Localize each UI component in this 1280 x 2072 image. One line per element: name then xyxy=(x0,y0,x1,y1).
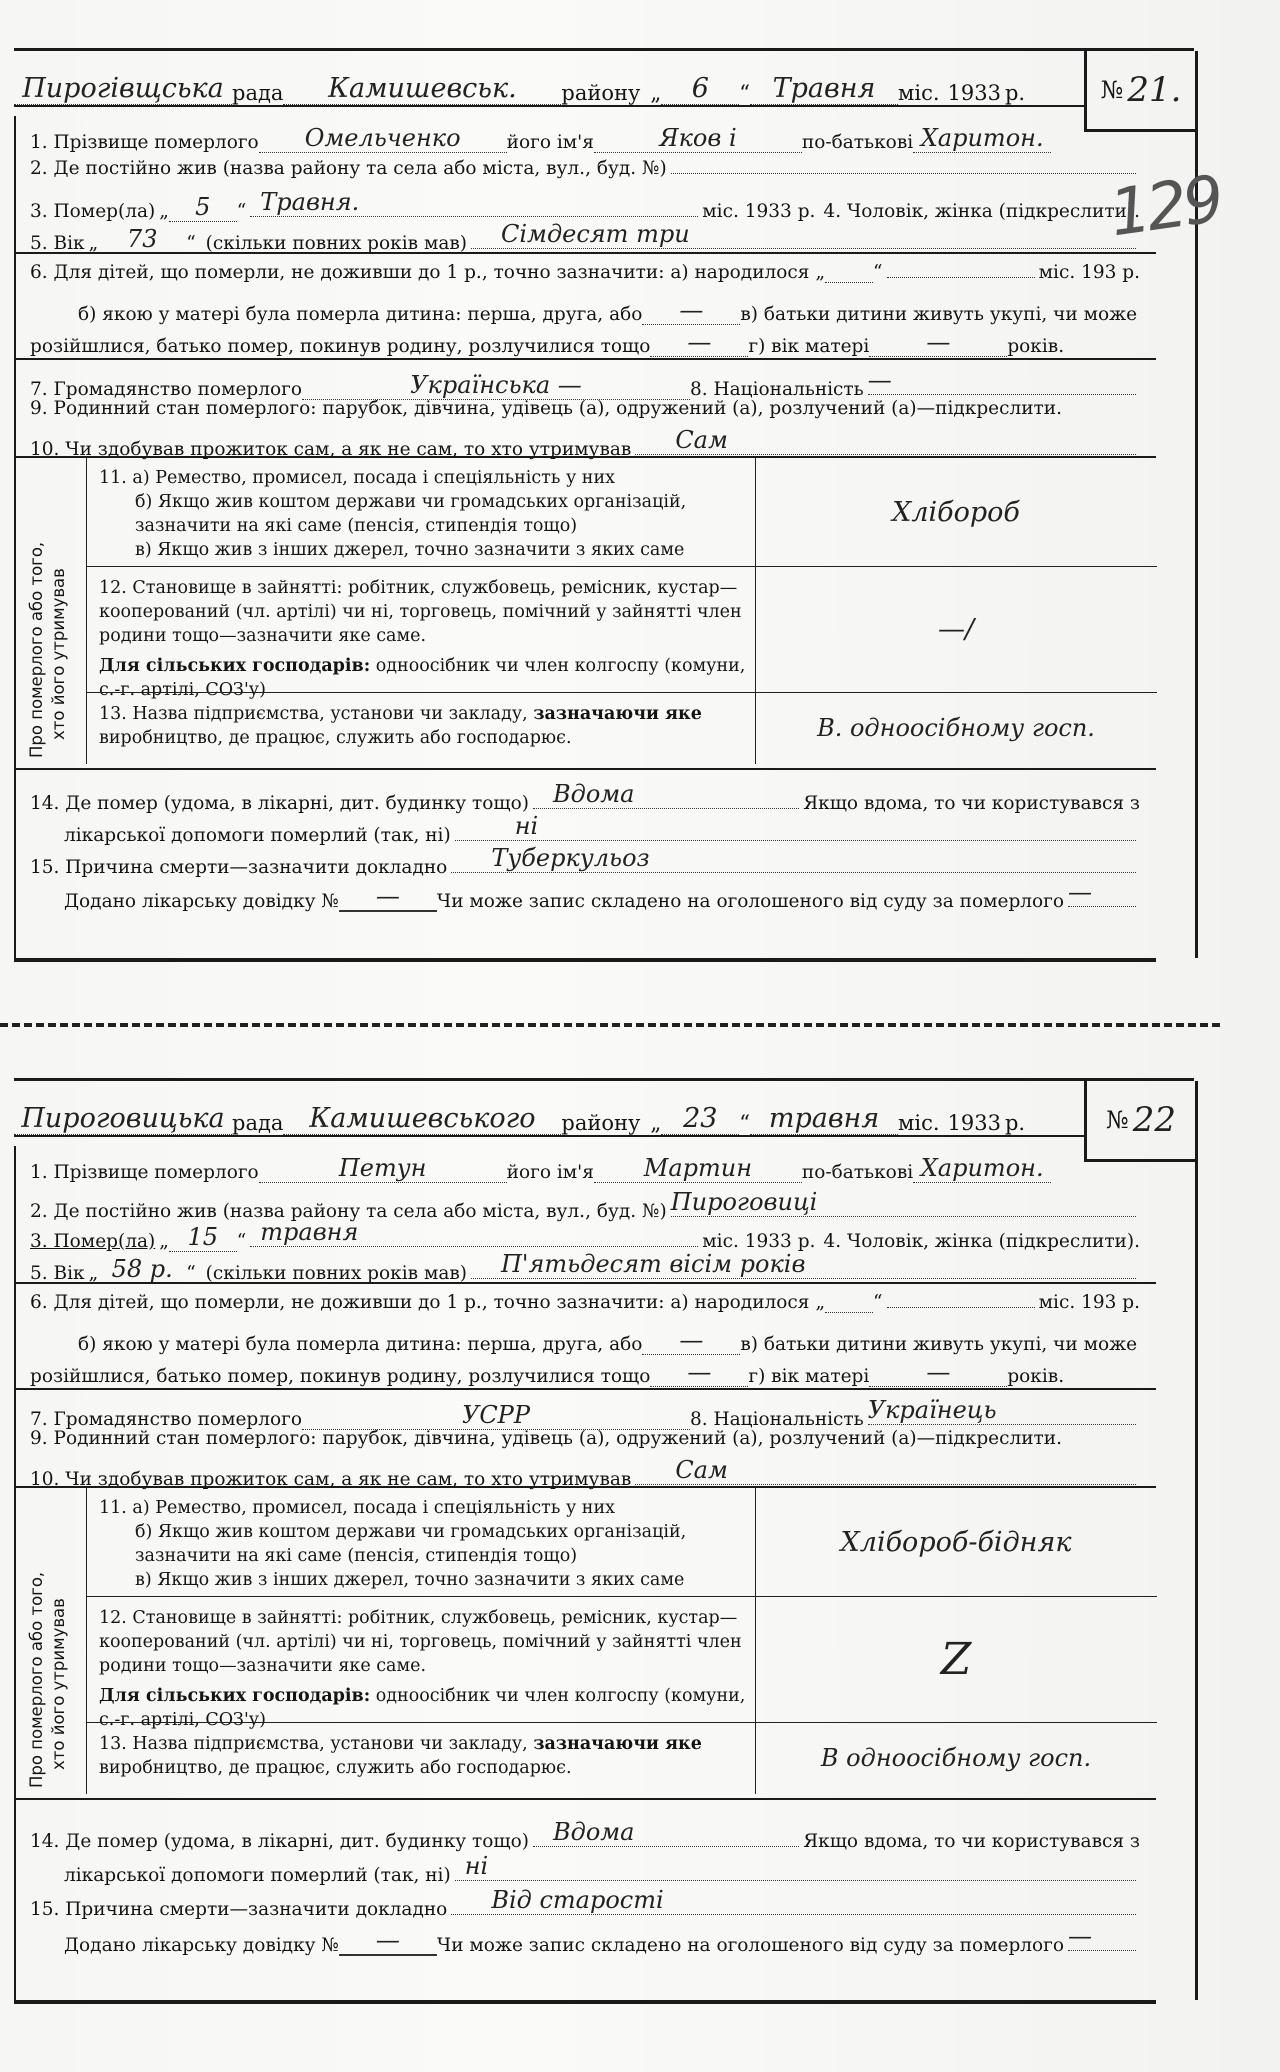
field-12-text: 12. Становище в зайнятті: робітник, служ… xyxy=(87,1606,765,1732)
district-label: району xyxy=(561,81,640,105)
occupation-cell: Хлібороб xyxy=(755,458,1156,566)
record-number: 21. xyxy=(1127,70,1181,110)
field-6a: 6. Для дітей, що померли, не доживши до … xyxy=(30,262,1140,283)
record-date-month: Травня xyxy=(750,73,898,105)
header-line: Пироговицька рада Камишевського району „… xyxy=(14,1095,1084,1137)
field-10-support: 10. Чи здобував прожиток сам, а як не са… xyxy=(30,1456,1140,1490)
court-value: — xyxy=(1068,878,1136,907)
medical-help-value: ні xyxy=(455,1852,1136,1881)
record-date-month: травня xyxy=(750,1103,898,1135)
year-suffix: р. xyxy=(1005,81,1025,105)
divider xyxy=(16,358,1156,360)
record-date-day: 6 xyxy=(661,73,739,105)
field-15-cause: 15. Причина смерти—зазначити докладно Ві… xyxy=(30,1886,1140,1920)
enterprise-value: В. одноосібному госп. xyxy=(817,714,1095,742)
number-label: № xyxy=(1101,76,1124,104)
district-value: Камишевського xyxy=(283,1103,561,1135)
employment-value: —/ xyxy=(938,614,974,645)
age-value: 58 р. xyxy=(98,1255,186,1284)
first-name-value: Яков і xyxy=(594,124,802,153)
field-14-medical: лікарської допомоги померлий (так, ні) н… xyxy=(30,1852,1140,1886)
field-11-text: 11. а) Ремество, промисел, посада і спец… xyxy=(87,466,765,562)
field-1-name: 1. Прізвище померлого Омельченко його ім… xyxy=(30,124,1100,153)
divider xyxy=(16,768,1156,770)
divider xyxy=(16,1388,1156,1390)
surname-value: Омельченко xyxy=(259,124,507,153)
field-10-support: 10. Чи здобував прожиток сам, а як не са… xyxy=(30,426,1140,460)
field-3-death-date: 3. Помер(ла) „ 15 “ травня міс. 1933 р. … xyxy=(30,1218,1140,1252)
margin-stamp-number: 129 xyxy=(1105,163,1224,252)
nationality-value: Українець xyxy=(868,1396,1136,1425)
patronymic-value: Харитон. xyxy=(913,124,1051,153)
certificate-value: — xyxy=(339,1926,437,1956)
certificate-line: Додано лікарську довідку № — Чи може зап… xyxy=(30,1922,1140,1956)
field-1-name: 1. Прізвище померлого Петун його ім'я Ма… xyxy=(30,1154,1100,1183)
occupation-cell: Хлібороб-бідняк xyxy=(755,1488,1156,1596)
field-6a: 6. Для дітей, що померли, не доживши до … xyxy=(30,1292,1140,1313)
court-value: — xyxy=(1068,1922,1136,1951)
record-date-day: 23 xyxy=(661,1103,739,1135)
death-record-22: Пироговицька рада Камишевського району „… xyxy=(14,1078,1194,2000)
divider xyxy=(16,1282,1156,1284)
record-body: 1. Прізвище померлого Омельченко його ім… xyxy=(14,116,1156,962)
death-day-value: 15 xyxy=(169,1223,237,1252)
record-body: 1. Прізвище померлого Петун його ім'я Ма… xyxy=(14,1146,1156,2004)
field-6b: б) якою у матері була померла дитина: пе… xyxy=(30,1326,1150,1355)
field-15-cause: 15. Причина смерти—зазначити докладно Ту… xyxy=(30,844,1140,878)
header-line: Пирогівщська рада Камишевськ. району „ 6… xyxy=(14,65,1084,107)
side-label: Про померлого або того, хто його утримув… xyxy=(26,698,70,758)
right-margin-column xyxy=(1153,126,1198,958)
field-5-age: 5. Вік „ 73 “ (скільки повних років мав)… xyxy=(30,220,1140,254)
death-day-value: 5 xyxy=(169,193,237,222)
field-14-place: 14. Де помер (удома, в лікарні, дит. буд… xyxy=(30,1818,1140,1852)
place-of-death-value: Вдома xyxy=(533,1818,799,1847)
enterprise-value: В одноосібному госп. xyxy=(821,1744,1091,1772)
record-header: Пироговицька рада Камишевського району „… xyxy=(14,1078,1194,1156)
field-5-age: 5. Вік „ 58 р. “ (скільки повних років м… xyxy=(30,1250,1140,1284)
record-date-year: 1933 xyxy=(948,81,1001,105)
field-6c: розійшлися, батько помер, покинув родину… xyxy=(30,1358,1140,1387)
cause-of-death-value: Від старості xyxy=(451,1886,1136,1915)
employment-value: Z xyxy=(941,1634,972,1685)
district-value: Камишевськ. xyxy=(283,73,561,105)
field-6b: б) якою у матері була померла дитина: пе… xyxy=(30,296,1150,325)
record-number: 22 xyxy=(1133,1100,1176,1140)
age-words-value: П'ятьдесят вісім років xyxy=(471,1250,1136,1279)
divider xyxy=(16,1798,1156,1800)
village-council-value: Пироговицька xyxy=(14,1103,232,1135)
age-words-value: Сімдесят три xyxy=(471,220,1136,249)
field-2-residence: 2. Де постійно жив (назва району та села… xyxy=(30,1188,1140,1222)
field-13-text: 13. Назва підприємства, установи чи закл… xyxy=(87,702,765,750)
nationality-value: — xyxy=(868,366,1136,395)
medical-help-value: ні xyxy=(455,812,1136,841)
field-13-text: 13. Назва підприємства, установи чи закл… xyxy=(87,1732,765,1780)
occupation-value: Хлібороб-бідняк xyxy=(841,1527,1072,1558)
age-value: 73 xyxy=(98,225,186,254)
field-11-text: 11. а) Ремество, промисел, посада і спец… xyxy=(87,1496,765,1592)
record-header: Пирогівщська рада Камишевськ. району „ 6… xyxy=(14,48,1194,126)
death-record-21: Пирогівщська рада Камишевськ. району „ 6… xyxy=(14,48,1194,958)
field-14-place: 14. Де помер (удома, в лікарні, дит. буд… xyxy=(30,780,1140,814)
employment-cell: Z xyxy=(755,1596,1156,1722)
occupation-block: Про померлого або того, хто його утримув… xyxy=(16,458,1156,766)
support-value: Сам xyxy=(635,1456,1136,1485)
support-value: Сам xyxy=(635,426,1136,455)
occupation-block: Про померлого або того, хто його утримув… xyxy=(16,1488,1156,1796)
place-of-death-value: Вдома xyxy=(533,780,799,809)
council-label: рада xyxy=(232,81,283,105)
field-6c: розійшлися, батько помер, покинув родину… xyxy=(30,328,1140,357)
sex-label: 4. Чоловік, жінка (підкреслити). xyxy=(823,201,1140,222)
certificate-line: Додано лікарську довідку № — Чи може зап… xyxy=(30,878,1140,912)
record-date-year: 1933 xyxy=(948,1111,1001,1135)
citizenship-value: Українська — xyxy=(302,371,690,400)
enterprise-cell: В. одноосібному госп. xyxy=(755,692,1156,764)
employment-cell: —/ xyxy=(755,566,1156,692)
field-12-text: 12. Становище в зайнятті: робітник, служ… xyxy=(87,576,765,702)
certificate-value: — xyxy=(339,882,437,912)
cut-line xyxy=(0,1023,1220,1027)
field-14-medical: лікарської допомоги померлий (так, ні) н… xyxy=(30,812,1140,846)
sex-label: 4. Чоловік, жінка (підкреслити). xyxy=(823,1231,1140,1252)
death-month-value: Травня. xyxy=(250,188,698,217)
enterprise-cell: В одноосібному госп. xyxy=(755,1722,1156,1794)
residence-value: Пироговиці xyxy=(671,1188,1136,1217)
field-2-residence: 2. Де постійно жив (назва району та села… xyxy=(30,158,1140,179)
divider xyxy=(16,252,1156,254)
surname-value: Петун xyxy=(259,1154,507,1183)
cause-of-death-value: Туберкульоз xyxy=(451,844,1136,873)
death-month-value: травня xyxy=(250,1218,698,1247)
first-name-value: Мартин xyxy=(594,1154,802,1183)
scanned-page: Пирогівщська рада Камишевськ. району „ 6… xyxy=(0,0,1280,2072)
residence-value xyxy=(671,173,1136,174)
field-9-marital: 9. Родинний стан померлого: парубок, дів… xyxy=(30,398,1140,419)
patronymic-value: Харитон. xyxy=(913,1154,1051,1183)
citizenship-value: УСРР xyxy=(302,1401,690,1430)
side-label: Про померлого або того, хто його утримув… xyxy=(26,1728,70,1788)
month-label: міс. xyxy=(898,81,940,105)
field-7-8: 7. Громадянство померлого Українська — 8… xyxy=(30,366,1140,400)
right-margin-column xyxy=(1153,1156,1198,2000)
field-7-8: 7. Громадянство померлого УСРР 8. Націон… xyxy=(30,1396,1140,1430)
village-council-value: Пирогівщська xyxy=(14,73,232,105)
occupation-value: Хлібороб xyxy=(892,497,1020,528)
field-3-death-date: 3. Помер(ла) „ 5 “ Травня. міс. 1933 р. … xyxy=(30,188,1140,222)
field-9-marital: 9. Родинний стан померлого: парубок, дів… xyxy=(30,1428,1140,1449)
